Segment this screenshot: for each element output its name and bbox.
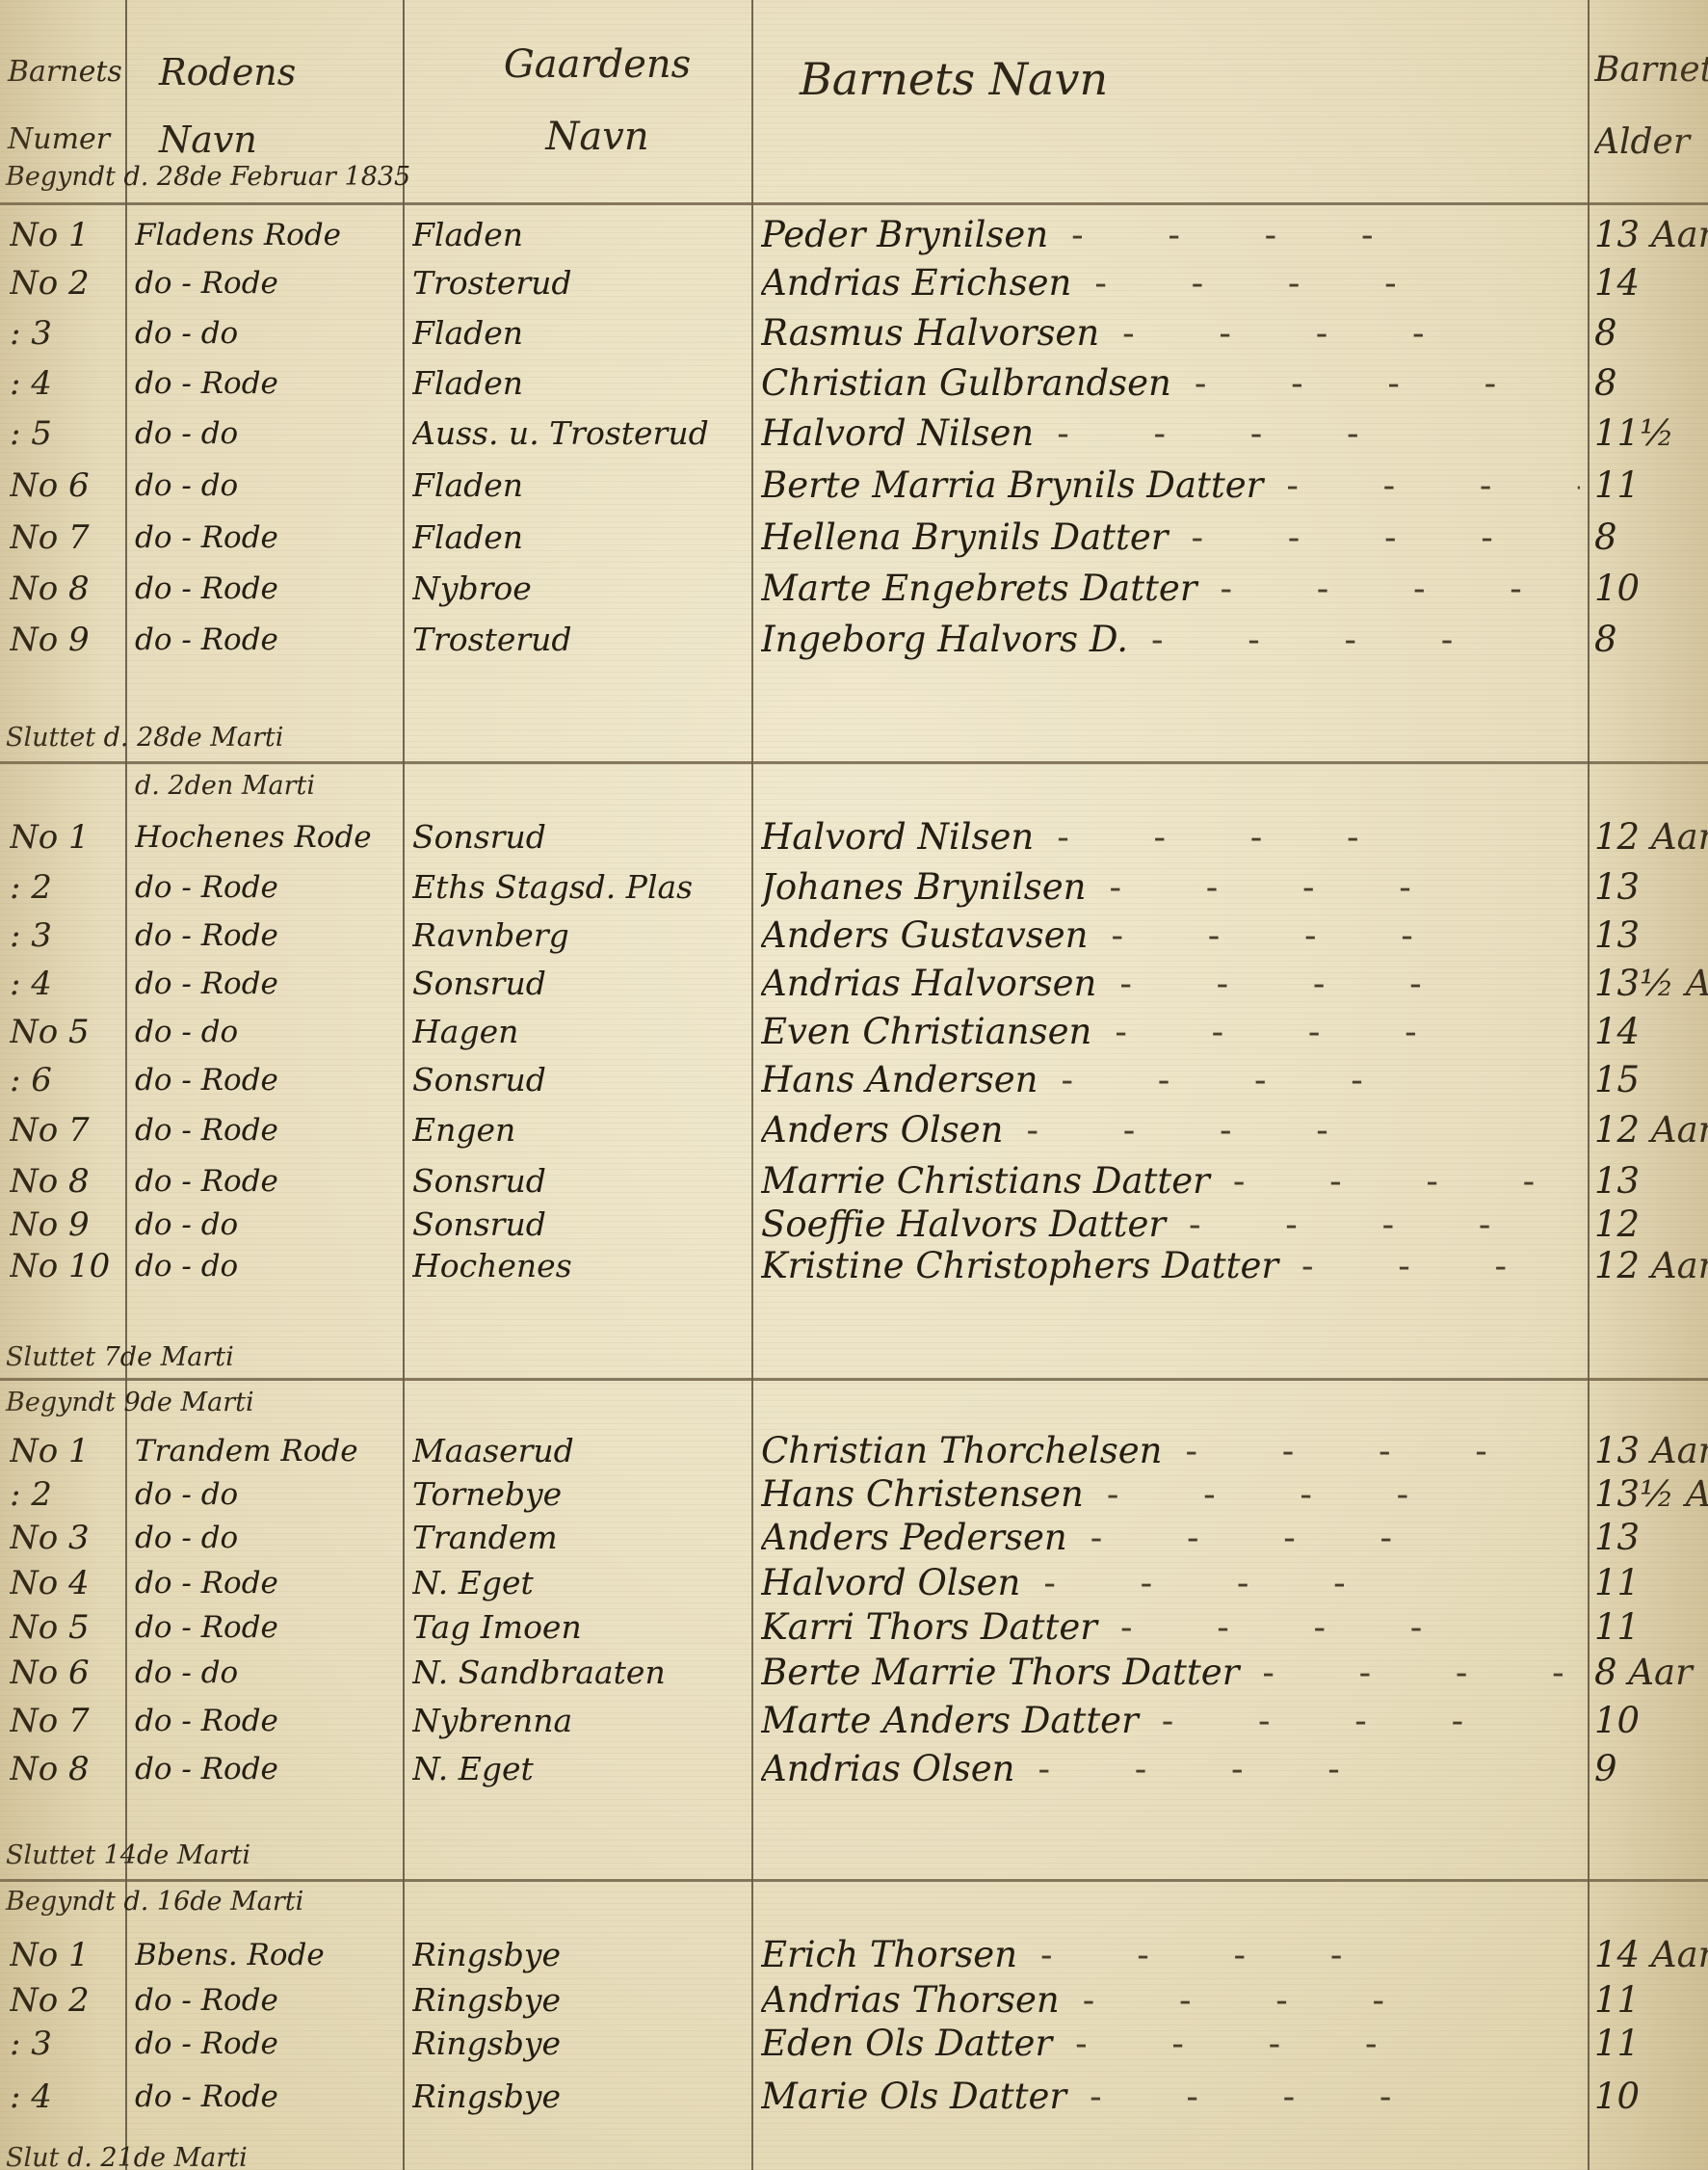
age-cell: 12 Aar (1594, 1105, 1708, 1155)
table-row: No 8do - RodeN. EgetAndrias Olsen- - - -… (0, 1744, 1708, 1794)
child-name-cell: Halvord Nilsen- - - - (761, 812, 1580, 862)
table-row: No 6do - doN. SandbraatenBerte Marrie Th… (0, 1648, 1708, 1698)
district-cell: do - Rode (135, 2072, 395, 2122)
section-begun-note: Begyndt 9de Marti (6, 1388, 254, 1417)
filler-dots: - - - - (1151, 619, 1489, 660)
child-name-cell: Hans Andersen- - - - (761, 1055, 1580, 1105)
district-cell: Fladens Rode (135, 210, 395, 260)
child-number-cell: No 1 (10, 210, 125, 260)
section-rule (0, 202, 1708, 205)
farm-cell: Sonsrud (412, 959, 740, 1009)
district-cell: do - Rode (135, 862, 395, 913)
district-cell: do - do (135, 1241, 395, 1291)
district-cell: Bbens. Rode (135, 1930, 395, 1980)
filler-dots: - - - - (1112, 914, 1450, 956)
age-cell: 13 (1594, 911, 1708, 961)
child-number-cell: No 9 (10, 615, 125, 665)
filler-dots: - - - - (1233, 1160, 1571, 1202)
section-begun-note: Begyndt d. 28de Februar 1835 (6, 162, 410, 192)
child-name-cell: Johanes Brynilsen- - - - (761, 862, 1580, 913)
child-name-cell: Halvord Olsen- - - - (761, 1558, 1580, 1608)
child-number-cell: : 4 (10, 959, 125, 1009)
filler-dots: - - - - (1107, 1473, 1445, 1515)
district-cell: do - Rode (135, 1744, 395, 1794)
district-cell: do - do (135, 461, 395, 511)
age-cell: 13½ Aar (1594, 959, 1708, 1009)
age-cell: 8 (1594, 308, 1708, 358)
child-name-text: Andrias Halvorsen (761, 963, 1096, 1004)
farm-cell: Sonsrud (412, 812, 740, 862)
district-cell: do - Rode (135, 615, 395, 665)
child-name-cell: Anders Pedersen- - - - (761, 1513, 1580, 1563)
filler-dots: - - - - (1061, 1059, 1399, 1100)
section-rule (0, 1378, 1708, 1381)
age-cell: 13 (1594, 1513, 1708, 1563)
child-name-text: Erich Thorsen (761, 1934, 1017, 1975)
child-name-text: Anders Gustavsen (761, 914, 1089, 956)
child-name-cell: Christian Gulbrandsen- - - - (761, 358, 1580, 409)
age-cell: 9 (1594, 1744, 1708, 1794)
child-name-cell: Andrias Erichsen- - - - (761, 258, 1580, 308)
child-name-text: Halvord Nilsen (761, 412, 1034, 454)
age-cell: 11 (1594, 1558, 1708, 1608)
table-row: No 1Fladens RodeFladenPeder Brynilsen- -… (0, 210, 1708, 260)
child-name-text: Hellena Brynils Datter (761, 516, 1168, 558)
child-number-cell: : 6 (10, 1055, 125, 1105)
filler-dots: - - - - (1185, 1430, 1523, 1471)
age-cell: 11 (1594, 1602, 1708, 1653)
table-row: : 4do - RodeSonsrudAndrias Halvorsen- - … (0, 959, 1708, 1009)
child-number-cell: : 4 (10, 358, 125, 409)
filler-dots: - - - - (1120, 1606, 1458, 1648)
age-cell: 11 (1594, 461, 1708, 511)
table-row: No 4do - RodeN. EgetHalvord Olsen- - - -… (0, 1558, 1708, 1608)
age-cell: 10 (1594, 564, 1708, 614)
child-name-text: Anders Pedersen (761, 1517, 1067, 1558)
child-number-cell: No 2 (10, 258, 125, 308)
child-name-text: Karri Thors Datter (761, 1606, 1097, 1648)
table-row: No 7do - RodeEngenAnders Olsen- - - -12 … (0, 1105, 1708, 1155)
table-row: : 5do - doAuss. u. TrosterudHalvord Nils… (0, 409, 1708, 459)
child-number-cell: : 5 (10, 409, 125, 459)
section-ended-note: Sluttet 7de Marti (6, 1342, 234, 1372)
farm-cell: Fladen (412, 308, 740, 358)
child-name-text: Christian Thorchelsen (761, 1430, 1162, 1471)
farm-cell: Trosterud (412, 258, 740, 308)
section-begun-note: Begyndt d. 16de Marti (6, 1887, 303, 1917)
header-child-name: Barnets Navn (800, 53, 1474, 105)
header-farm-name: Gaardens Navn (453, 29, 742, 173)
child-number-cell: : 3 (10, 2019, 125, 2069)
table-row: : 3do - RodeRavnbergAnders Gustavsen- - … (0, 911, 1708, 961)
child-number-cell: No 6 (10, 461, 125, 511)
filler-dots: - - - - (1038, 1748, 1376, 1789)
table-row: : 2do - RodeEths Stagsd. PlasJohanes Bry… (0, 862, 1708, 913)
age-cell: 15 (1594, 1055, 1708, 1105)
child-name-cell: Anders Olsen- - - - (761, 1105, 1580, 1155)
farm-cell: Nybroe (412, 564, 740, 614)
filler-dots: - - - - (1109, 866, 1447, 908)
child-name-cell: Andrias Halvorsen- - - - (761, 959, 1580, 1009)
child-name-text: Even Christiansen (761, 1011, 1091, 1052)
child-number-cell: : 4 (10, 2072, 125, 2122)
child-name-text: Eden Ols Datter (761, 2023, 1052, 2064)
child-name-text: Marie Ols Datter (761, 2076, 1066, 2117)
child-number-cell: No 10 (10, 1241, 125, 1291)
child-number-cell: No 7 (10, 1696, 125, 1746)
child-name-cell: Eden Ols Datter- - - - (761, 2019, 1580, 2069)
child-name-text: Andrias Thorsen (761, 1979, 1060, 2021)
filler-dots: - - - - (1262, 1652, 1580, 1693)
age-cell: 14 (1594, 258, 1708, 308)
farm-cell: Ringsbye (412, 1930, 740, 1980)
farm-cell: N. Eget (412, 1744, 740, 1794)
filler-dots: - - - - (1115, 1011, 1453, 1052)
district-cell: Hochenes Rode (135, 812, 395, 862)
filler-dots: - - - - (1075, 2023, 1413, 2064)
farm-cell: Engen (412, 1105, 740, 1155)
table-row: No 1Bbens. RodeRingsbyeErich Thorsen- - … (0, 1930, 1708, 1980)
filler-dots: - - - - (1094, 262, 1432, 304)
child-name-cell: Marte Engebrets Datter- - - - (761, 564, 1580, 614)
district-cell: do - Rode (135, 1696, 395, 1746)
table-row: : 4do - RodeFladenChristian Gulbrandsen-… (0, 358, 1708, 409)
child-name-cell: Kristine Christophers Datter- - - - (761, 1241, 1580, 1291)
district-cell: do - Rode (135, 1558, 395, 1608)
age-cell: 10 (1594, 1696, 1708, 1746)
child-number-cell: No 5 (10, 1007, 125, 1057)
farm-cell: N. Eget (412, 1558, 740, 1608)
district-cell: do - Rode (135, 2019, 395, 2069)
farm-cell: Trosterud (412, 615, 740, 665)
section-rule (0, 1879, 1708, 1882)
farm-cell: Trandem (412, 1513, 740, 1563)
table-row: No 8do - RodeNybroeMarte Engebrets Datte… (0, 564, 1708, 614)
header-child-number: Barnets Numer (8, 39, 123, 173)
child-number-cell: No 1 (10, 812, 125, 862)
header-district-name: Rodens Navn (159, 39, 390, 173)
farm-cell: Hagen (412, 1007, 740, 1057)
section-begun-note: d. 2den Marti (135, 771, 315, 801)
district-cell: do - do (135, 1007, 395, 1057)
section-rule (0, 761, 1708, 764)
age-cell: 10 (1594, 2072, 1708, 2122)
child-name-text: Johanes Brynilsen (761, 866, 1086, 908)
table-row: : 6do - RodeSonsrudHans Andersen- - - -1… (0, 1055, 1708, 1105)
filler-dots: - - - - (1191, 516, 1529, 558)
child-name-cell: Even Christiansen- - - - (761, 1007, 1580, 1057)
child-name-text: Christian Gulbrandsen (761, 362, 1171, 404)
child-number-cell: No 4 (10, 1558, 125, 1608)
filler-dots: - - - - (1301, 1245, 1580, 1286)
child-name-cell: Andrias Olsen- - - - (761, 1744, 1580, 1794)
filler-dots: - - - - (1057, 412, 1395, 454)
child-name-text: Marte Anders Datter (761, 1700, 1139, 1741)
child-number-cell: No 5 (10, 1602, 125, 1653)
table-row: No 2do - RodeTrosterudAndrias Erichsen- … (0, 258, 1708, 308)
district-cell: do - Rode (135, 258, 395, 308)
filler-dots: - - - - (1286, 464, 1580, 506)
child-number-cell: No 8 (10, 1744, 125, 1794)
child-number-cell: No 8 (10, 564, 125, 614)
farm-cell: Fladen (412, 210, 740, 260)
filler-dots: - - - - (1071, 214, 1409, 255)
child-number-cell: No 7 (10, 513, 125, 563)
age-cell: 11 (1594, 2019, 1708, 2069)
child-number-cell: : 3 (10, 308, 125, 358)
child-number-cell: : 2 (10, 862, 125, 913)
child-name-text: Ingeborg Halvors D. (761, 619, 1128, 660)
age-cell: 8 (1594, 615, 1708, 665)
filler-dots: - - - - (1195, 362, 1533, 404)
farm-cell: N. Sandbraaten (412, 1648, 740, 1698)
section-ended-note: Slut d. 21de Marti (6, 2143, 248, 2170)
district-cell: do - Rode (135, 911, 395, 961)
section-ended-note: Sluttet d. 28de Marti (6, 723, 283, 753)
table-row: No 5do - RodeTag ImoenKarri Thors Datter… (0, 1602, 1708, 1653)
farm-cell: Tag Imoen (412, 1602, 740, 1653)
district-cell: do - do (135, 409, 395, 459)
district-cell: do - Rode (135, 358, 395, 409)
table-row: No 7do - RodeFladenHellena Brynils Datte… (0, 513, 1708, 563)
filler-dots: - - - - (1057, 816, 1395, 858)
child-name-text: Peder Brynilsen (761, 214, 1048, 255)
farm-cell: Ringsbye (412, 2019, 740, 2069)
child-name-cell: Rasmus Halvorsen- - - - (761, 308, 1580, 358)
age-cell: 14 Aar (1594, 1930, 1708, 1980)
filler-dots: - - - - (1189, 1204, 1527, 1245)
child-name-cell: Berte Marrie Thors Datter- - - - (761, 1648, 1580, 1698)
filler-dots: - - - - (1119, 963, 1458, 1004)
district-cell: do - do (135, 1513, 395, 1563)
child-name-text: Rasmus Halvorsen (761, 312, 1099, 354)
child-name-text: Hans Christensen (761, 1473, 1084, 1515)
age-cell: 13 (1594, 862, 1708, 913)
district-cell: do - Rode (135, 513, 395, 563)
child-name-cell: Halvord Nilsen- - - - (761, 409, 1580, 459)
district-cell: do - do (135, 1648, 395, 1698)
district-cell: do - Rode (135, 1105, 395, 1155)
child-number-cell: No 7 (10, 1105, 125, 1155)
child-number-cell: No 3 (10, 1513, 125, 1563)
child-name-cell: Ingeborg Halvors D.- - - - (761, 615, 1580, 665)
child-name-text: Hans Andersen (761, 1059, 1038, 1100)
table-row: : 4do - RodeRingsbyeMarie Ols Datter- - … (0, 2072, 1708, 2122)
filler-dots: - - - - (1122, 312, 1460, 354)
child-name-text: Marte Engebrets Datter (761, 568, 1197, 609)
table-row: No 1Hochenes RodeSonsrudHalvord Nilsen- … (0, 812, 1708, 862)
child-name-text: Halvord Olsen (761, 1562, 1020, 1603)
table-row: No 9do - RodeTrosterudIngeborg Halvors D… (0, 615, 1708, 665)
child-name-text: Andrias Erichsen (761, 262, 1071, 304)
district-cell: do - do (135, 308, 395, 358)
table-row: No 5do - doHagenEven Christiansen- - - -… (0, 1007, 1708, 1057)
child-name-cell: Marte Anders Datter- - - - (761, 1696, 1580, 1746)
age-cell: 14 (1594, 1007, 1708, 1057)
age-cell: 8 Aar (1594, 1648, 1708, 1698)
child-name-text: Berte Marrie Thors Datter (761, 1652, 1239, 1693)
table-row: No 3do - doTrandemAnders Pedersen- - - -… (0, 1513, 1708, 1563)
age-cell: 13 Aar (1594, 210, 1708, 260)
child-number-cell: : 3 (10, 911, 125, 961)
table-row: No 7do - RodeNybrennaMarte Anders Datter… (0, 1696, 1708, 1746)
farm-cell: Nybrenna (412, 1696, 740, 1746)
table-row: No 10do - doHochenesKristine Christopher… (0, 1241, 1708, 1291)
filler-dots: - - - - (1090, 2076, 1428, 2117)
age-cell: 12 Aar (1594, 1241, 1708, 1291)
child-name-text: Marrie Christians Datter (761, 1160, 1210, 1202)
farm-cell: Eths Stagsd. Plas (412, 862, 740, 913)
header-child-age: Barnets Alder (1594, 34, 1708, 178)
farm-cell: Fladen (412, 358, 740, 409)
age-cell: 8 (1594, 358, 1708, 409)
farm-cell: Hochenes (412, 1241, 740, 1291)
table-row: : 3do - doFladenRasmus Halvorsen- - - -8 (0, 308, 1708, 358)
farm-cell: Fladen (412, 513, 740, 563)
ledger-page: Barnets Numer Rodens Navn Gaardens Navn … (0, 0, 1708, 2170)
farm-cell: Auss. u. Trosterud (412, 409, 740, 459)
table-row: No 6do - doFladenBerte Marria Brynils Da… (0, 461, 1708, 511)
child-name-text: Andrias Olsen (761, 1748, 1014, 1789)
child-name-cell: Karri Thors Datter- - - - (761, 1602, 1580, 1653)
farm-cell: Sonsrud (412, 1055, 740, 1105)
child-name-cell: Berte Marria Brynils Datter- - - - (761, 461, 1580, 511)
child-name-text: Halvord Nilsen (761, 816, 1034, 858)
child-name-text: Anders Olsen (761, 1109, 1003, 1151)
child-name-text: Berte Marria Brynils Datter (761, 464, 1263, 506)
farm-cell: Ringsbye (412, 2072, 740, 2122)
district-cell: do - Rode (135, 1602, 395, 1653)
child-number-cell: No 1 (10, 1930, 125, 1980)
child-name-text: Kristine Christophers Datter (761, 1245, 1278, 1286)
table-row: : 3do - RodeRingsbyeEden Ols Datter- - -… (0, 2019, 1708, 2069)
district-cell: do - Rode (135, 564, 395, 614)
farm-cell: Fladen (412, 461, 740, 511)
age-cell: 11½ (1594, 409, 1708, 459)
section-ended-note: Sluttet 14de Marti (6, 1840, 250, 1870)
age-cell: 8 (1594, 513, 1708, 563)
filler-dots: - - - - (1090, 1517, 1429, 1558)
district-cell: do - Rode (135, 959, 395, 1009)
age-cell: 12 Aar (1594, 812, 1708, 862)
child-name-cell: Erich Thorsen- - - - (761, 1930, 1580, 1980)
child-name-cell: Anders Gustavsen- - - - (761, 911, 1580, 961)
farm-cell: Ravnberg (412, 911, 740, 961)
filler-dots: - - - - (1083, 1979, 1421, 2021)
filler-dots: - - - - (1043, 1562, 1381, 1603)
child-name-cell: Marie Ols Datter- - - - (761, 2072, 1580, 2122)
district-cell: do - Rode (135, 1055, 395, 1105)
filler-dots: - - - - (1026, 1109, 1364, 1151)
filler-dots: - - - - (1221, 568, 1559, 609)
child-name-text: Soeffie Halvors Datter (761, 1204, 1166, 1245)
filler-dots: - - - - (1162, 1700, 1500, 1741)
child-name-cell: Peder Brynilsen- - - - (761, 210, 1580, 260)
filler-dots: - - - - (1040, 1934, 1379, 1975)
child-name-cell: Hellena Brynils Datter- - - - (761, 513, 1580, 563)
child-number-cell: No 6 (10, 1648, 125, 1698)
